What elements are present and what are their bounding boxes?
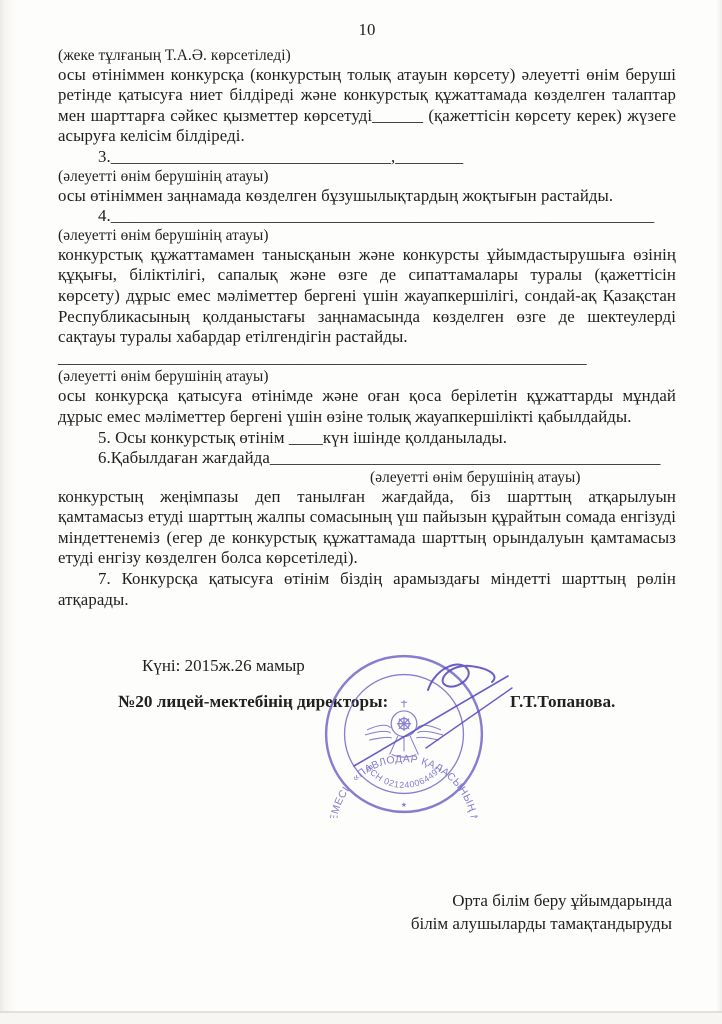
date-line: Күні: 2015ж.26 мамыр: [142, 656, 305, 676]
footer-line-2: білім алушыларды тамақтандыруды: [411, 912, 672, 935]
line-item-5: 5. Осы конкурстық өтінім ____күн ішінде …: [58, 428, 676, 449]
line-item-3: 3._________________________________,____…: [58, 147, 676, 168]
paragraph-liability: осы конкурсқа қатысуға өтінімде және оға…: [58, 386, 676, 427]
signature-flourish: [428, 664, 495, 690]
paragraph-intro: осы өтініммен конкурсқа (конкурстың толы…: [58, 65, 676, 147]
star-icon: ★: [401, 801, 407, 809]
blank-signature-line: ________________________________________…: [58, 348, 676, 369]
footer-note: Орта білім беру ұйымдарында білім алушыл…: [411, 889, 672, 935]
handwritten-signature: [340, 648, 526, 784]
footer-line-1: Орта білім беру ұйымдарында: [411, 889, 672, 912]
paragraph-no-violations: осы өтініммен заңнамада көзделген бұзушы…: [58, 186, 676, 207]
page-number: 10: [58, 20, 676, 41]
paragraph-bid-security: конкурстың жеңімпазы деп танылған жағдай…: [58, 487, 676, 569]
caption-supplier-name-3: (әлеуетті өнім берушінің атауы): [58, 368, 676, 386]
signature-stroke-short: [426, 688, 512, 748]
caption-supplier-name-2: (әлеуетті өнім берушінің атауы): [58, 227, 676, 245]
caption-supplier-name-1: (әлеуетті өнім берушінің атауы): [58, 168, 676, 186]
scanned-page: 10 (жеке тұлғаның Т.А.Ә. көрсетіледі) ос…: [0, 0, 722, 1024]
paragraph-familiarization: конкурстық құжаттамамен танысқанын және …: [58, 245, 676, 348]
paragraph-item-7: 7. Конкурсқа қатысуға өтінім біздің арам…: [58, 569, 676, 610]
caption-supplier-name-4: (әлеуетті өнім берушінің атауы): [58, 469, 676, 487]
signature-stroke-long: [354, 676, 508, 766]
line-item-4: 4.______________________________________…: [58, 206, 676, 227]
scan-bottom-strip: [0, 1013, 722, 1024]
caption-person-name: (жеке тұлғаның Т.А.Ә. көрсетіледі): [58, 47, 676, 65]
document-text-column: 10 (жеке тұлғаның Т.А.Ә. көрсетіледі) ос…: [58, 20, 676, 610]
line-item-6: 6.Қабылдаған жағдайда___________________…: [58, 448, 676, 469]
